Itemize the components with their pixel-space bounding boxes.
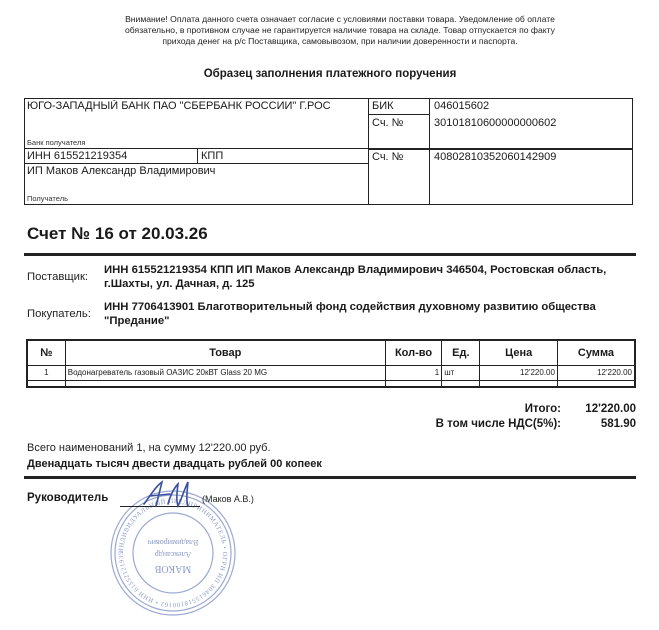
table-header-row: № Товар Кол-во Ед. Цена Сумма: [27, 340, 635, 365]
col-header-price: Цена: [480, 340, 558, 365]
col-header-sum: Сумма: [557, 340, 635, 365]
bank-caption: Банк получателя: [27, 138, 85, 147]
signer-role: Руководитель: [27, 492, 108, 504]
svg-text:МАКОВ: МАКОВ: [154, 563, 191, 574]
divider: [368, 148, 632, 150]
divider: [368, 114, 429, 115]
total-value: 12'220.00: [561, 402, 636, 417]
supplier-value: ИНН 615521219354 КПП ИП Маков Александр …: [104, 263, 634, 291]
summary-rule: [24, 476, 636, 479]
amount-in-words: Двенадцать тысяч двести двадцать рублей …: [27, 458, 322, 470]
divider: [25, 163, 368, 164]
item-unit: шт: [442, 365, 480, 380]
items-count-summary: Всего наименований 1, на сумму 12'220.00…: [27, 442, 271, 454]
col-header-unit: Ед.: [442, 340, 480, 365]
table-row: 1 Водонагреватель газовый ОАЗИС 20кВТ Gl…: [27, 365, 635, 380]
buyer-block: Покупатель: ИНН 7706413901 Благотворител…: [27, 300, 637, 330]
item-price: 12'220.00: [480, 365, 558, 380]
item-num: 1: [27, 365, 65, 380]
items-table: № Товар Кол-во Ед. Цена Сумма 1 Водонагр…: [26, 339, 636, 388]
svg-text:Владимирович: Владимирович: [148, 538, 199, 547]
signer-name: (Маков А.В.): [202, 494, 254, 504]
bik-value: 046015602: [434, 100, 489, 112]
corr-account-value: 30101810600000000602: [434, 117, 556, 129]
vat-value: 581.90: [561, 417, 636, 432]
account-label: Сч. №: [372, 151, 403, 163]
item-qty: 1: [385, 365, 441, 380]
vat-row: В том числе НДС(5%): 581.90: [436, 417, 636, 432]
item-name: Водонагреватель газовый ОАЗИС 20кВТ Glas…: [65, 365, 385, 380]
bank-name: ЮГО-ЗАПАДНЫЙ БАНК ПАО "СБЕРБАНК РОССИИ" …: [27, 100, 367, 112]
col-header-item: Товар: [65, 340, 385, 365]
notice-line: прихода денег на р/с Поставщика, самовыв…: [60, 36, 620, 47]
table-spacer-row: [27, 380, 635, 387]
totals-block: Итого: 12'220.00 В том числе НДС(5%): 58…: [436, 402, 636, 432]
buyer-label: Покупатель:: [27, 307, 91, 321]
supplier-label: Поставщик:: [27, 270, 88, 284]
recipient-name: ИП Маков Александр Владимирович: [27, 165, 215, 177]
bik-label: БИК: [372, 100, 394, 112]
account-value: 40802810352060142909: [434, 151, 556, 163]
divider: [429, 99, 430, 204]
payment-notice: Внимание! Оплата данного счета означает …: [60, 14, 620, 47]
col-header-qty: Кол-во: [385, 340, 441, 365]
handwritten-signature-icon: [140, 478, 200, 510]
col-header-num: №: [27, 340, 65, 365]
corr-account-label: Сч. №: [372, 117, 403, 129]
divider: [25, 148, 368, 149]
total-row: Итого: 12'220.00: [436, 402, 636, 417]
supplier-block: Поставщик: ИНН 615521219354 КПП ИП Маков…: [27, 263, 637, 293]
svg-text:Александр: Александр: [155, 550, 192, 559]
notice-line: обязательно, в противном случае не гаран…: [60, 25, 620, 36]
divider: [197, 148, 198, 163]
buyer-value: ИНН 7706413901 Благотворительный фонд со…: [104, 300, 634, 328]
notice-line: Внимание! Оплата данного счета означает …: [60, 14, 620, 25]
bank-details-table: ЮГО-ЗАПАДНЫЙ БАНК ПАО "СБЕРБАНК РОССИИ" …: [24, 98, 633, 205]
recipient-inn: ИНН 615521219354: [27, 150, 127, 162]
vat-label: В том числе НДС(5%):: [436, 417, 561, 432]
invoice-title: Счет № 16 от 20.03.26: [27, 224, 208, 244]
kpp-label: КПП: [201, 150, 223, 162]
title-rule: [24, 253, 636, 256]
sample-title: Образец заполнения платежного поручения: [20, 68, 640, 80]
recipient-caption: Получатель: [27, 194, 68, 203]
item-sum: 12'220.00: [557, 365, 635, 380]
total-label: Итого:: [525, 402, 561, 417]
